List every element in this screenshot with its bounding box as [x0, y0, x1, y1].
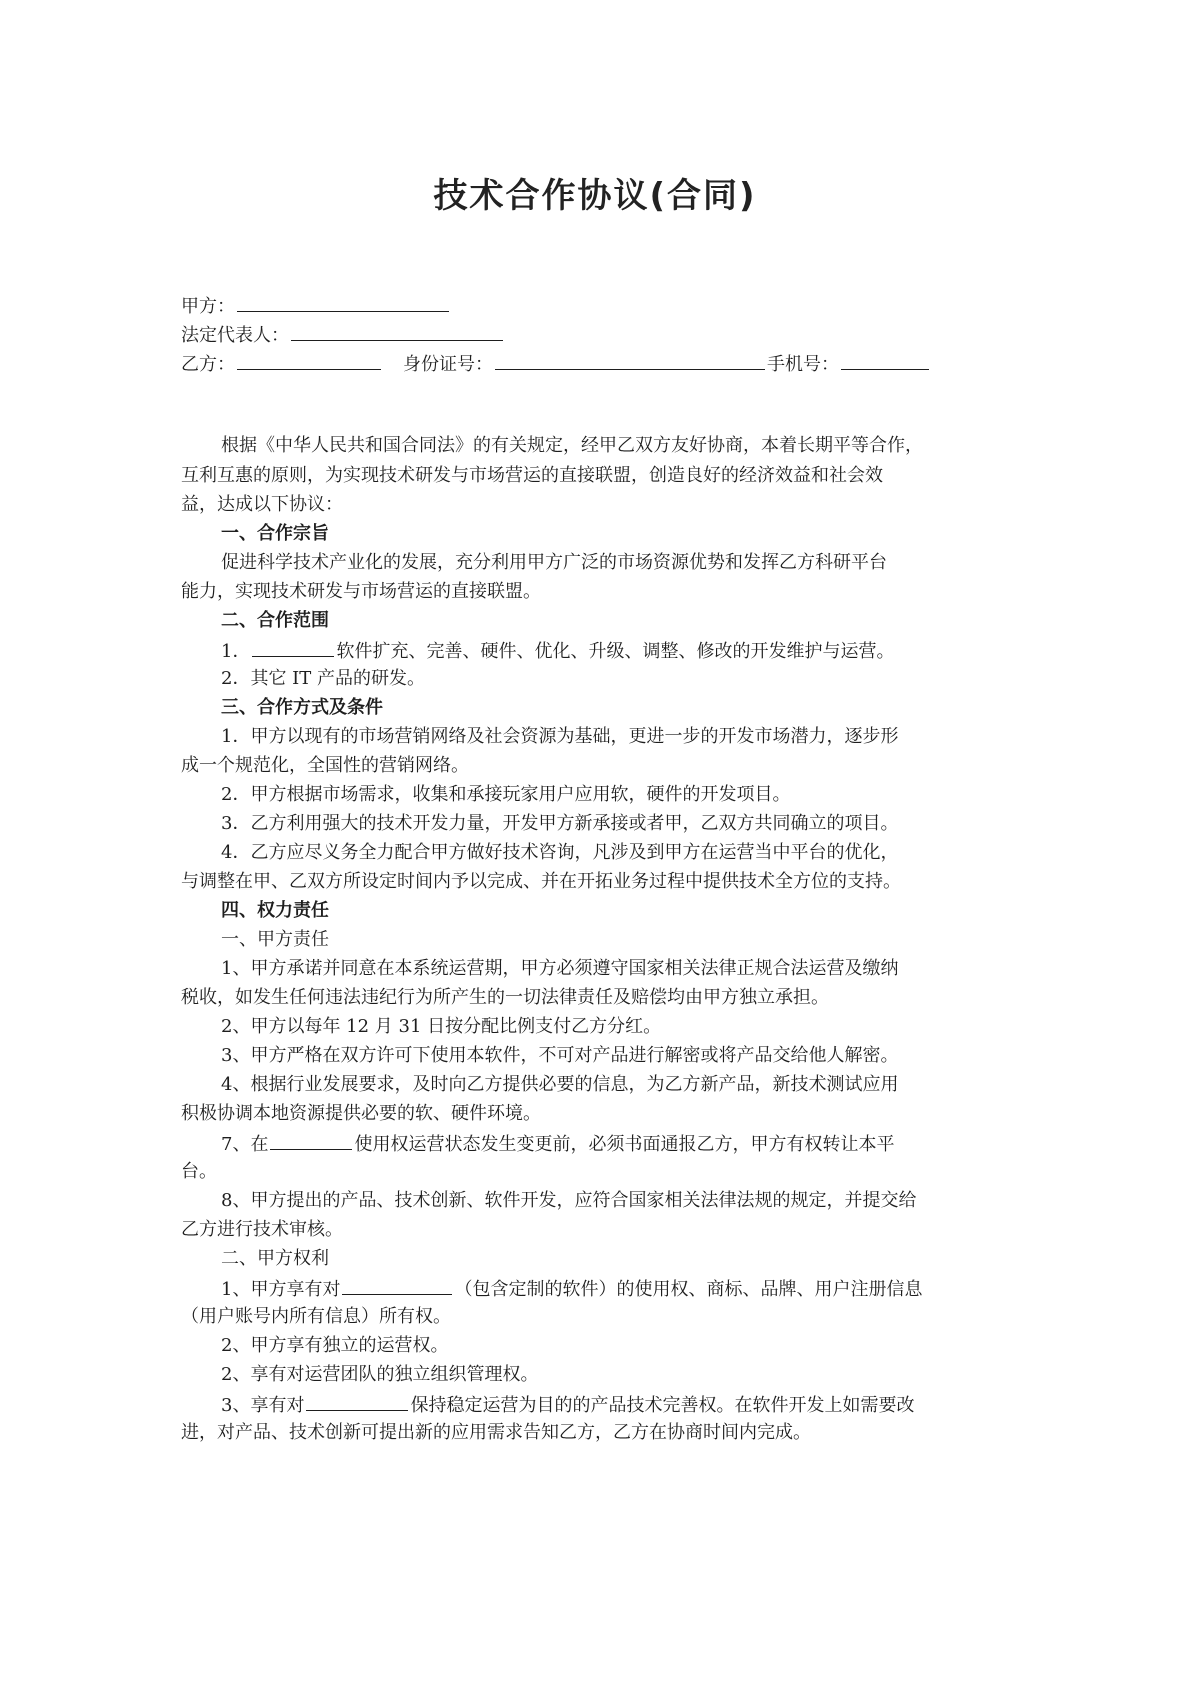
section-3-item-4-line-1: 4．乙方应尽义务全力配合甲方做好技术咨询，凡涉及到甲方在运营当中平台的优化，: [221, 841, 898, 865]
section-4-heading: 四、权力责任: [221, 899, 329, 923]
intro-line-1: 根据《中华人民共和国合同法》的有关规定，经甲乙双方友好协商，本着长期平等合作，: [221, 434, 923, 458]
duty-7-blank[interactable]: [270, 1131, 352, 1150]
section-3-heading: 三、合作方式及条件: [221, 696, 383, 720]
duty-1-line-2: 税收，如发生任何违法违纪行为所产生的一切法律责任及赔偿均由甲方独立承担。: [181, 986, 829, 1010]
item-number: 1．: [221, 641, 250, 662]
right-1-suffix: （包含定制的软件）的使用权、商标、品牌、用户注册信息: [454, 1279, 922, 1300]
duty-2: 2、甲方以每年 12 月 31 日按分配比例支付乙方分红。: [221, 1015, 661, 1039]
right-1-prefix: 1、甲方享有对: [221, 1279, 340, 1300]
duty-7-line-1: 7、在使用权运营状态发生变更前，必须书面通报乙方，甲方有权转让本平: [221, 1131, 894, 1157]
section-2-item-1: 1．软件扩充、完善、硬件、优化、升级、调整、修改的开发维护与运营。: [221, 638, 894, 664]
right-2a: 2、甲方享有独立的运营权。: [221, 1334, 448, 1358]
party-a-blank[interactable]: [237, 293, 449, 312]
legal-rep-label: 法定代表人：: [181, 325, 289, 346]
sub-heading-party-a-duties: 一、甲方责任: [221, 928, 329, 952]
duty-7-suffix: 使用权运营状态发生变更前，必须书面通报乙方，甲方有权转让本平: [354, 1134, 894, 1155]
duty-7-line-2: 台。: [181, 1160, 217, 1184]
duty-1-line-1: 1、甲方承诺并同意在本系统运营期，甲方必须遵守国家相关法律正规合法运营及缴纳: [221, 957, 898, 981]
id-label: 身份证号：: [403, 354, 493, 375]
right-1-blank[interactable]: [342, 1276, 452, 1295]
right-1-line-1: 1、甲方享有对（包含定制的软件）的使用权、商标、品牌、用户注册信息: [221, 1276, 922, 1302]
right-3-blank[interactable]: [306, 1392, 408, 1411]
intro-line-2: 互利互惠的原则，为实现技术研发与市场营运的直接联盟，创造良好的经济效益和社会效: [181, 464, 883, 488]
section-3-item-3: 3．乙方利用强大的技术开发力量，开发甲方新承接或者甲，乙双方共同确立的项目。: [221, 812, 898, 836]
party-b-blank[interactable]: [237, 351, 381, 370]
right-3-line-2: 进，对产品、技术创新可提出新的应用需求告知乙方，乙方在协商时间内完成。: [181, 1421, 811, 1445]
document-title: 技术合作协议(合同): [0, 176, 1190, 216]
duty-7-prefix: 7、在: [221, 1134, 268, 1155]
software-name-blank[interactable]: [252, 638, 334, 657]
phone-label: 手机号：: [767, 354, 839, 375]
party-a-row: 甲方：: [181, 293, 451, 319]
duty-4-line-2: 积极协调本地资源提供必要的软、硬件环境。: [181, 1102, 541, 1126]
party-b-row: 乙方：身份证号：手机号：: [181, 351, 931, 377]
party-b-label: 乙方：: [181, 354, 235, 375]
legal-rep-row: 法定代表人：: [181, 322, 505, 348]
right-3-suffix: 保持稳定运营为目的的产品技术完善权。在软件开发上如需要改: [410, 1395, 914, 1416]
duty-4-line-1: 4、根据行业发展要求，及时向乙方提供必要的信息，为乙方新产品，新技术测试应用: [221, 1073, 898, 1097]
section-3-item-1-line-1: 1．甲方以现有的市场营销网络及社会资源为基础，更进一步的开发市场潜力，逐步形: [221, 725, 898, 749]
id-number-blank[interactable]: [495, 351, 765, 370]
section-1-line-1: 促进科学技术产业化的发展，充分利用甲方广泛的市场资源优势和发挥乙方科研平台: [221, 551, 887, 575]
legal-rep-blank[interactable]: [291, 322, 503, 341]
right-2b: 2、享有对运营团队的独立组织管理权。: [221, 1363, 538, 1387]
section-3-item-2: 2．甲方根据市场需求，收集和承接玩家用户应用软，硬件的开发项目。: [221, 783, 790, 807]
party-a-label: 甲方：: [181, 296, 235, 317]
section-1-line-2: 能力，实现技术研发与市场营运的直接联盟。: [181, 580, 541, 604]
duty-3: 3、甲方严格在双方许可下使用本软件，不可对产品进行解密或将产品交给他人解密。: [221, 1044, 898, 1068]
section-3-item-4-line-2: 与调整在甲、乙双方所设定时间内予以完成、并在开拓业务过程中提供技术全方位的支持。: [181, 870, 901, 894]
section-3-item-1-line-2: 成一个规范化，全国性的营销网络。: [181, 754, 469, 778]
section-2-item-2: 2．其它 IT 产品的研发。: [221, 667, 425, 691]
phone-blank[interactable]: [841, 351, 929, 370]
section-2-heading: 二、合作范围: [221, 609, 329, 633]
section-1-heading: 一、合作宗旨: [221, 522, 329, 546]
intro-line-3: 益，达成以下协议：: [181, 493, 343, 517]
right-3-line-1: 3、享有对保持稳定运营为目的的产品技术完善权。在软件开发上如需要改: [221, 1392, 914, 1418]
right-1-line-2: （用户账号内所有信息）所有权。: [181, 1305, 451, 1329]
sub-heading-party-a-rights: 二、甲方权利: [221, 1247, 329, 1271]
document-page: 技术合作协议(合同) 甲方： 法定代表人： 乙方：身份证号：手机号： 根据《中华…: [0, 0, 1190, 1683]
duty-8-line-1: 8、甲方提出的产品、技术创新、软件开发，应符合国家相关法律法规的规定，并提交给: [221, 1189, 916, 1213]
item-text: 软件扩充、完善、硬件、优化、升级、调整、修改的开发维护与运营。: [336, 641, 894, 662]
right-3-prefix: 3、享有对: [221, 1395, 304, 1416]
duty-8-line-2: 乙方进行技术审核。: [181, 1218, 343, 1242]
